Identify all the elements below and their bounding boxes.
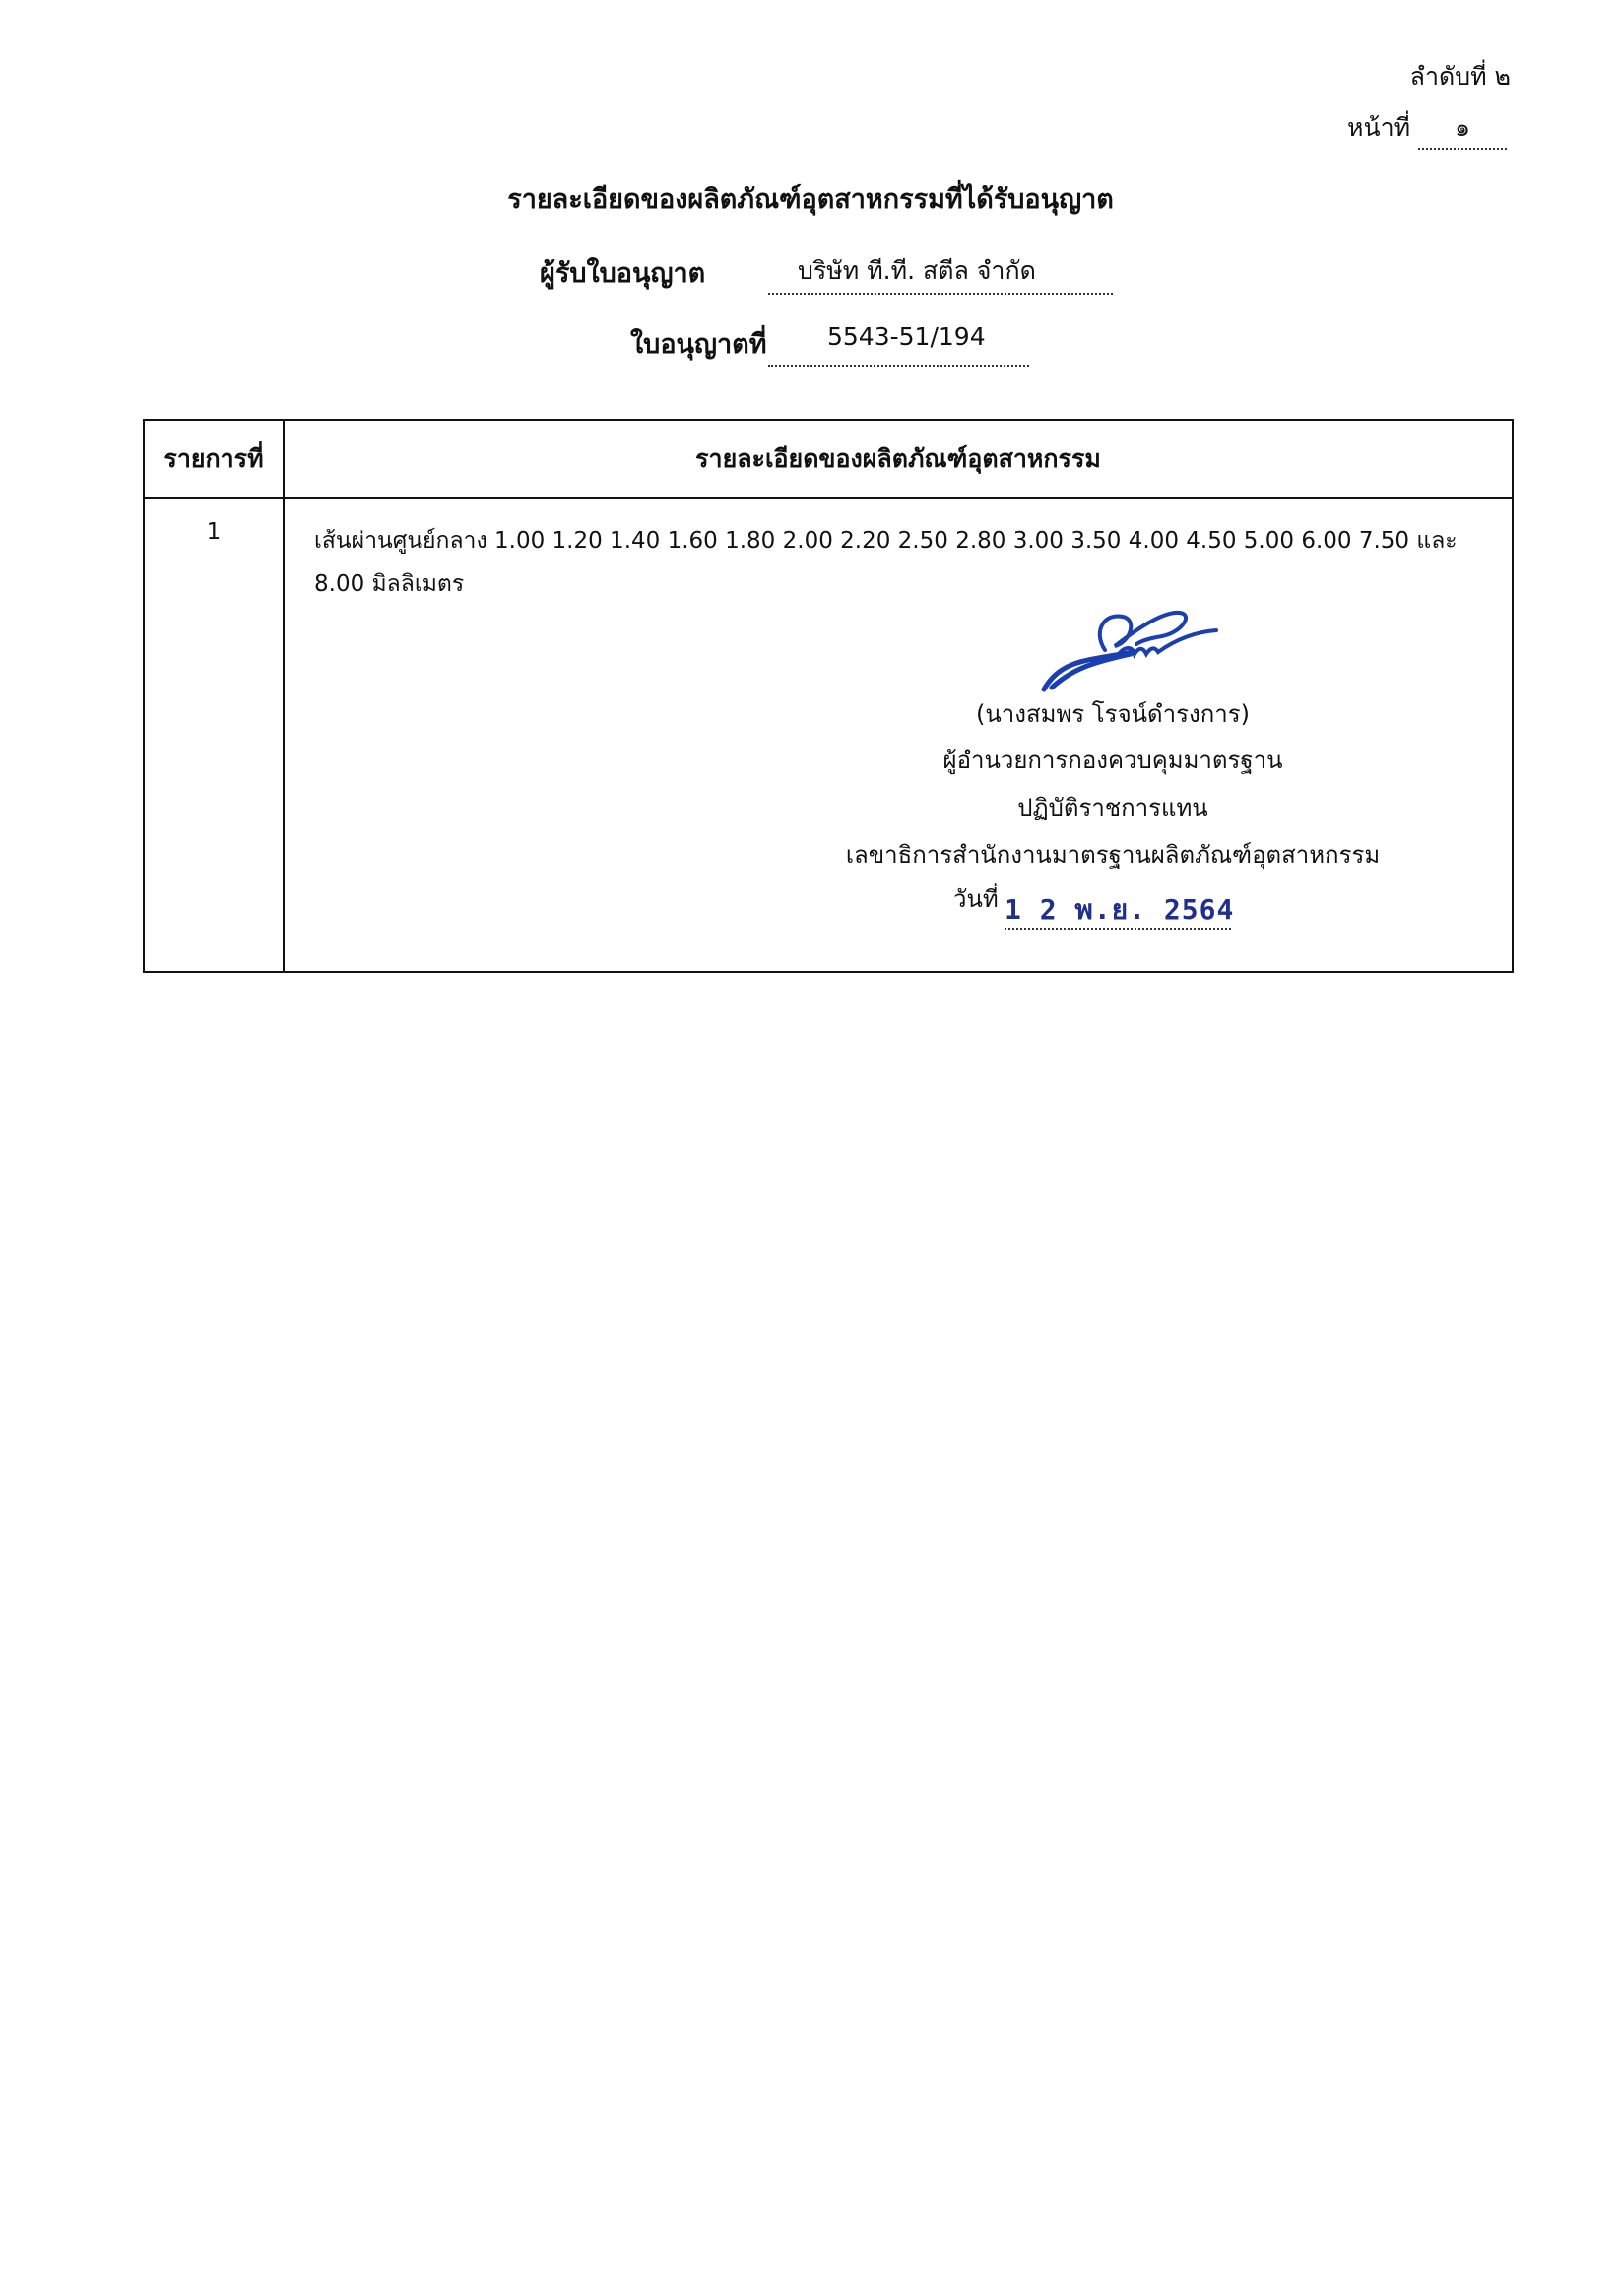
page-number-label: หน้าที่	[1347, 108, 1410, 148]
date-stamp: 1 2 พ.ย. 2564	[1005, 888, 1231, 930]
table-cell-item-no: 1	[145, 519, 283, 545]
signatory-agency-title: เลขาธิการสำนักงานมาตรฐานผลิตภัณฑ์อุตสาหก…	[817, 835, 1408, 874]
page-number-value: ๑	[1418, 108, 1507, 150]
date-label: วันที่	[953, 880, 999, 918]
license-number-value: 5543-51/194	[768, 322, 1029, 367]
signature-icon	[1034, 603, 1221, 700]
signatory-acting-for: ปฏิบัติราชการแทน	[817, 788, 1408, 826]
sequence-number: ลำดับที่ ๒	[1410, 57, 1511, 97]
column-divider	[283, 421, 285, 971]
table-cell-detail: เส้นผ่านศูนย์กลาง 1.00 1.20 1.40 1.60 1.…	[314, 519, 1496, 606]
column-header-item-no: รายการที่	[145, 421, 283, 497]
header-divider	[145, 497, 1512, 499]
signatory-name: (นางสมพร โรจน์ดำรงการ)	[817, 694, 1408, 733]
license-number-label: ใบอนุญาตที่	[630, 322, 767, 364]
column-header-detail: รายละเอียดของผลิตภัณฑ์อุตสาหกรรม	[285, 421, 1512, 497]
licensee-value: บริษัท ที.ที. สตีล จำกัด	[768, 251, 1113, 295]
signatory-position: ผู้อำนวยการกองควบคุมมาตรฐาน	[817, 741, 1408, 779]
licensee-label: ผู้รับใบอนุญาต	[540, 251, 705, 294]
document-title: รายละเอียดของผลิตภัณฑ์อุตสาหกรรมที่ได้รั…	[0, 177, 1621, 220]
